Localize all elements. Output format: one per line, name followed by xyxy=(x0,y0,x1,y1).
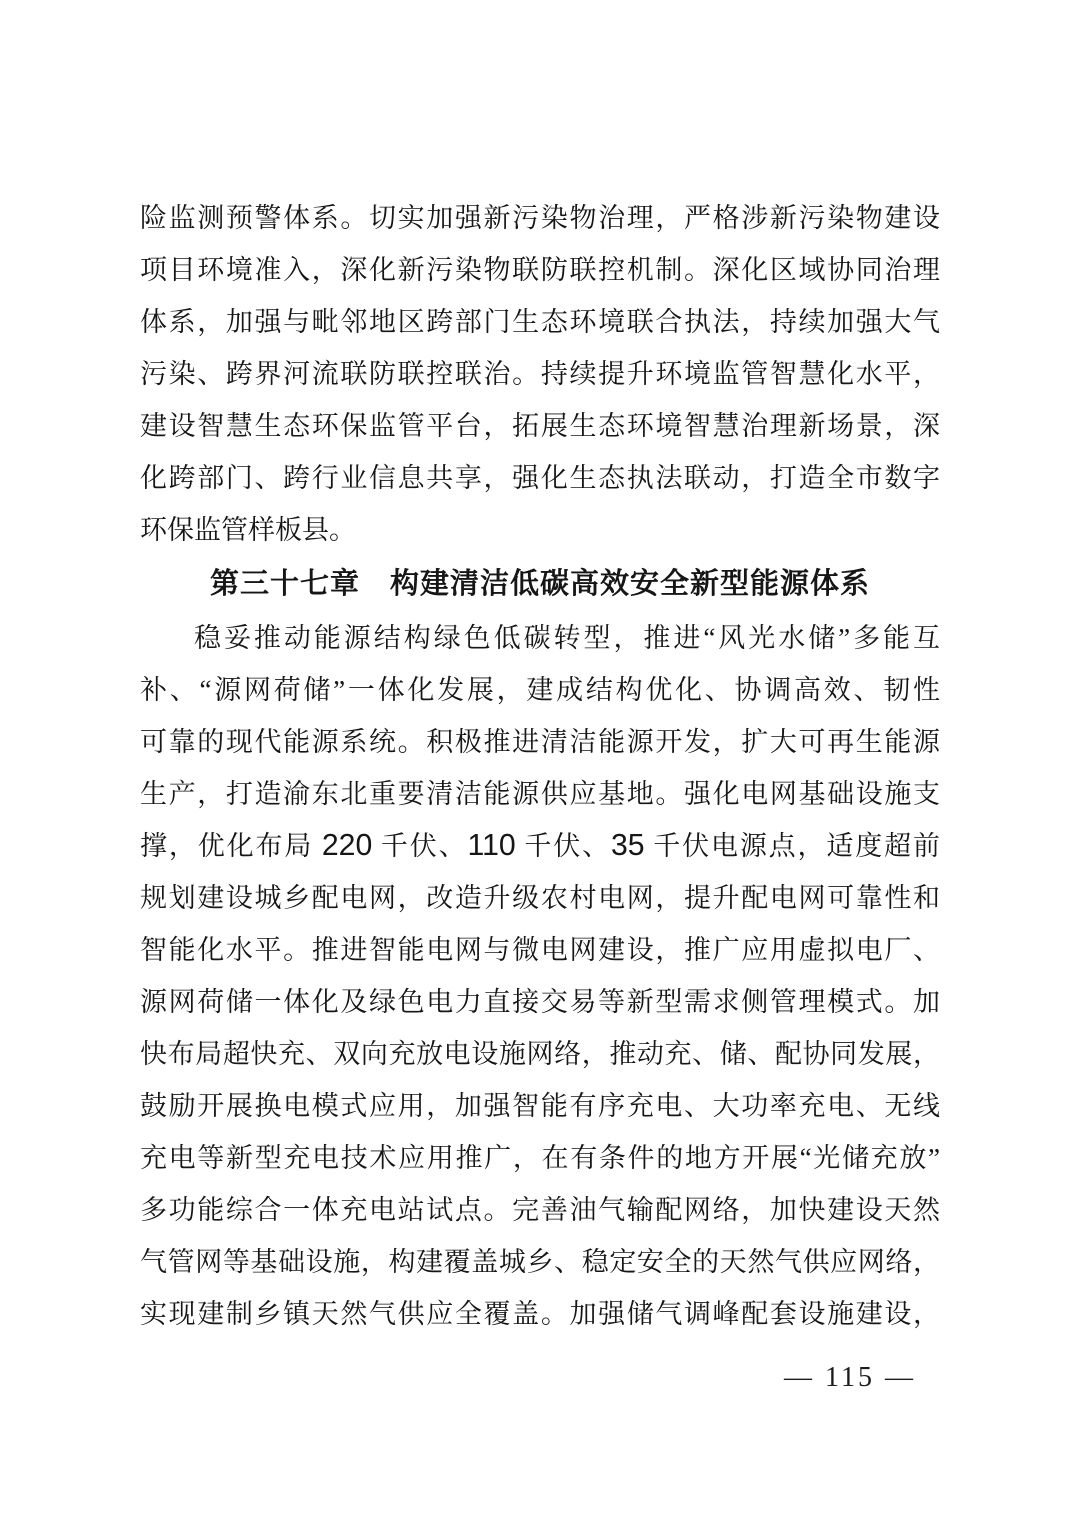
text-line: 快布局超快充、双向充放电设施网络，推动充、储、配协同发展， xyxy=(140,1028,940,1080)
text-line: 化跨部门、跨行业信息共享，强化生态执法联动，打造全市数字 xyxy=(140,452,940,504)
kv-number: 220 xyxy=(322,829,372,862)
text-line: 项目环境准入，深化新污染物联防联控机制。深化区域协同治理 xyxy=(140,244,940,296)
text-line: 稳妥推动能源结构绿色低碳转型，推进“风光水储”多能互 xyxy=(140,612,940,664)
chapter-heading: 第三十七章 构建清洁低碳高效安全新型能源体系 xyxy=(140,556,940,612)
text-line: 生产，打造渝东北重要清洁能源供应基地。强化电网基础设施支 xyxy=(140,768,940,820)
text-line: 充电等新型充电技术应用推广，在有条件的地方开展“光储充放” xyxy=(140,1132,940,1184)
text-line: 险监测预警体系。切实加强新污染物治理，严格涉新污染物建设 xyxy=(140,192,940,244)
kv-number: 35 xyxy=(611,829,645,862)
text-line: 气管网等基础设施，构建覆盖城乡、稳定安全的天然气供应网络， xyxy=(140,1236,940,1288)
text-line: 鼓励开展换电模式应用，加强智能有序充电、大功率充电、无线 xyxy=(140,1080,940,1132)
text-line: 体系，加强与毗邻地区跨部门生态环境联合执法，持续加强大气 xyxy=(140,296,940,348)
text-line: 实现建制乡镇天然气供应全覆盖。加强储气调峰配套设施建设， xyxy=(140,1288,940,1340)
text-line: 源网荷储一体化及绿色电力直接交易等新型需求侧管理模式。加 xyxy=(140,976,940,1028)
text-line: 补、“源网荷储”一体化发展，建成结构优化、协调高效、韧性 xyxy=(140,664,940,716)
text-line: 智能化水平。推进智能电网与微电网建设，推广应用虚拟电厂、 xyxy=(140,924,940,976)
text-line: 环保监管样板县。 xyxy=(140,504,940,556)
document-page: 险监测预警体系。切实加强新污染物治理，严格涉新污染物建设项目环境准入，深化新污染… xyxy=(0,0,1074,1520)
paragraph-energy-system: 稳妥推动能源结构绿色低碳转型，推进“风光水储”多能互补、“源网荷储”一体化发展，… xyxy=(140,612,940,1340)
text-line: 污染、跨界河流联防联控联治。持续提升环境监管智慧化水平， xyxy=(140,348,940,400)
text-line: 撑，优化布局 220 千伏、110 千伏、35 千伏电源点，适度超前 xyxy=(140,820,940,872)
text-line: 可靠的现代能源系统。积极推进清洁能源开发，扩大可再生能源 xyxy=(140,716,940,768)
text-line: 多功能综合一体充电站试点。完善油气输配网络，加快建设天然 xyxy=(140,1184,940,1236)
text-line: 建设智慧生态环保监管平台，拓展生态环境智慧治理新场景，深 xyxy=(140,400,940,452)
paragraph-pollution-control: 险监测预警体系。切实加强新污染物治理，严格涉新污染物建设项目环境准入，深化新污染… xyxy=(140,192,940,556)
page-number: — 115 — xyxy=(140,1362,940,1394)
kv-number: 110 xyxy=(468,829,516,862)
text-line: 规划建设城乡配电网，改造升级农村电网，提升配电网可靠性和 xyxy=(140,872,940,924)
